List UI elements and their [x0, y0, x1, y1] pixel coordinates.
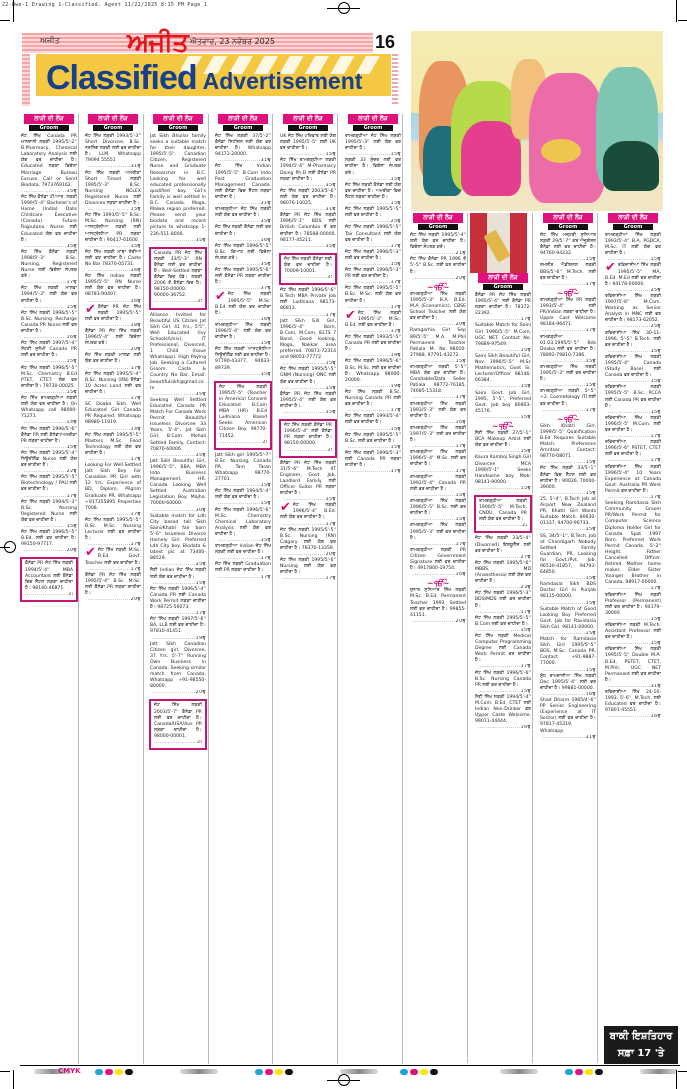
yellow-swatch	[275, 1069, 283, 1075]
classified-ad: ਜੱਟ ਸਿੱਖ ਕੈਨੇਡਾ PR 1996 ਤੋਂ 5'-5'' B.Sc.…	[409, 257, 467, 281]
ad-text: ਰਾਮਗੜ੍ਹੀਆ ਸਿੱਖ ਲੜਕੀ 1995/5'-3'' ਲਈ ਵਰ ਚਾ…	[410, 523, 466, 541]
crop-mark	[13, 0, 14, 22]
classified-ad: ਜੱਟ ਸਿੱਖ ਲੜਕੀ 33/5'-1'' ਕੈਨੇਡਾ ਵਿਚ ਸੈੱਟਲ…	[539, 466, 597, 496]
classified-ad: ਰਾਮਗੜ੍ਹੀਆ ਸਿੱਖ PR ਲੜਕੀ 1993/5'-4'' ਲਈ PR…	[539, 298, 597, 335]
classified-ad: Seeking Ramdasia Sikh Community Groom PR…	[604, 501, 662, 592]
classified-ad: ਜੱਟ ਸਿੱਖ ਲੜਕੀ ਕੈਨੇਡਾ ਲਈ ਯੋਗ ਵਰ ਚਾਹੀਦਾ ਹੈ…	[344, 183, 402, 207]
classified-ad: ਰਵਿਦਾਸੀਆ ਸਿੱਖ ਲੜਕੀ 1995/5'-5'' Double M.…	[604, 647, 662, 690]
classified-ad: ਜੱਟ ਸਿੱਖ ਲੜਕੀ 1995/5'-5'' B.Sc. M.Sc. ਲਈ…	[344, 286, 402, 310]
classified-column: ਲਾੜੀ ਦੀ ਲੋੜGroom Wantedਰਾਮਗੜ੍ਹੀਆ ਸਿੱਖ ਲੜ…	[604, 213, 662, 721]
classified-ad: ਰਾਮਗੜ੍ਹੀਆ ਸਿੱਖ ਲੜਕੀ 1996/5'-5'' B.Sc. ਲਈ…	[409, 499, 467, 523]
category-subheading: Groom Wanted	[548, 224, 588, 230]
ad-text: ਜੱਟ ਸਿੱਖ ਲੜਕੀ B.Sc. Nursing Canada PR ਲਈ…	[345, 390, 401, 408]
ad-code: ......................15ਢ	[85, 244, 141, 250]
classified-ad: ਜੱਟ ਸਿੱਖ ਲੜਕੀ ਅਮਰੀਕਾ Short Timed ਲੜਕੀ 19…	[84, 171, 142, 214]
classified-ad: ਜੱਟ ਸਿੱਖ ਲੜਕੀ 1996/5'-5'' M.Sc. Chemistr…	[20, 366, 78, 396]
more-ads-notice: ਬਾਕੀ ਇਸ਼ਤਿਹਾਰ ਸਫ਼ਾ 17 'ਤੇ	[604, 1026, 678, 1064]
classified-ad: Jatt Sikh Gill Girl, 1996/5'-4'' Born, B…	[279, 319, 337, 368]
crop-mark	[678, 1071, 687, 1072]
classified-ad: ਜੱਟ ਸਿੱਖ ਲੜਕੀ 1996/5'-5'' B.Ed. ਲਈ ਵਰ ਚਾ…	[20, 530, 78, 554]
classified-ad: ✔ਕੈਨੇਡਾ PR ਜੱਟ ਸਿੱਖ ਲੜਕੀ 1995/5'-5'' ਲਈ …	[84, 305, 142, 329]
classified-column: ਲਾੜੀ ਦੀ ਲੋੜGroom Wantedਜੱਟ ਸਿੱਖ ਮਜ਼੍ਹਬੀ …	[539, 213, 597, 741]
checkmark-icon: ✔	[85, 548, 96, 557]
classified-ad: ਸੈਣੀ ਸਿੱਖ ਲੜਕੀ 27/5'-1'' BCA Makeup Arti…	[474, 431, 532, 455]
classified-ad: ਜੱਟ ਸਿੱਖ ਲੜਕੀ 1996/5'-6'' B.Sc. Nursing …	[474, 671, 532, 695]
ad-code: ......................35ਢ	[280, 244, 336, 250]
boxed-classified-ad: ਜੱਟ ਸਿੱਖ ਲੜਕੀ 1995/5'-5'' (Teacher in Am…	[214, 381, 272, 450]
ad-text: ਜੱਟ ਸਿੱਖ ਲੜਕੀ 1996/5'-5'' B.Sc. Nursing.…	[21, 311, 77, 335]
dateline: ਐਤਵਾਰ, 23 ਨਵੰਬਰ 2025	[190, 37, 275, 47]
ad-code: ......................17ਢ	[475, 664, 531, 670]
ad-text: ਜੱਟ ਸਿੱਖ ਲੜਕੀ 1997/5'-6'' BA, LLB ਲਈ ਵਰ …	[150, 617, 206, 635]
ad-code: ......................17ਢ	[215, 575, 271, 581]
classified-ad: ਰਵਿਦਾਸੀਆ ਸਿੱਖ ਲੜਕੀ 1996/5'-4'' 10 Years …	[604, 465, 662, 502]
classified-ad: ਕੈਨੇਡਾ PR ਜੱਟ ਸਿੱਖ ਲੜਕੀ 1996/5'-1'' BDS …	[279, 213, 337, 250]
ad-text: ਜੱਟ ਸਿੱਖ ਲੜਕੀ ਮਾਲਵਾ 1994/5'-3'' ਲਈ ਯੋਗ ਵ…	[21, 286, 77, 304]
column-rule	[208, 114, 209, 1064]
ad-text: ਰਾਮਗੜ੍ਹੀਆ ਲੜਕੀ 1990/5'-5'' M.Tech. CNDU.…	[479, 499, 527, 523]
classified-ad: ਜੱਟ ਸਿੱਖ ਲੜਕੀ 1996/5'-3'' BDS/MDS ਲਈ ਵਰ …	[474, 591, 532, 615]
banner-left-stripe	[22, 54, 30, 106]
ad-code: ......................17ਢ	[280, 313, 336, 319]
masthead: ਅਜੀਤ ਅਜੀਤ ਐਤਵਾਰ, 23 ਨਵੰਬਰ 2025 16 Classi…	[22, 30, 394, 106]
ad-code: ......................17ਢ	[280, 522, 336, 528]
ad-code: ......................35ਢ	[219, 440, 267, 446]
ad-code: ......................15ਢ	[21, 359, 77, 365]
ad-text: ਸ਼ਮਸ਼ੀਰ ਐਡੀਸ਼ਨਲ ਲੜਕੀ BBS/5'-6'' M.Tech. …	[540, 263, 596, 281]
category-heading: ਲਾੜੀ ਦੀ ਲੋੜ	[218, 114, 268, 124]
ad-text: ਕੈਨੇਡਾ PR ਜੱਟ ਸਿੱਖ ਲੜਕੀ 1994/5'-4'' MBA …	[25, 561, 73, 591]
classified-ad: ਜੱਟ ਸਿੱਖ ਲੜਕੀ 1994/5'-4'' ਲਈ ਯੋਗ ਵਰ ਚਾਹੀ…	[214, 489, 272, 507]
classified-ad: ਜੱਟ ਸਿੱਖ ਲੜਕੀ 1995/5'-5'' B.Sc. ਲਈ ਵਰ ਚਾ…	[344, 433, 402, 451]
ad-text: ਜੱਟ ਸਿੱਖ ਲੜਕੀ 1995/5'-4'' B.Sc. Nursing …	[85, 372, 141, 396]
classified-banner: ClassifiedAdvertisement	[36, 54, 391, 96]
ad-text: ਜੱਟ ਸਿੱਖ ਲੜਕੀ 1995/5'-5'' B.Sc. M.Sc. ਲਈ…	[345, 286, 401, 304]
ad-code: ......................19ਢ	[150, 636, 206, 642]
ad-text: ਜੱਟ ਸਿੱਖ ਲੜਕੀ 1993/5'-5'' Canada PR ਲਈ ਵ…	[345, 335, 401, 353]
classified-ad: Jatt Sikh girl 1995/5'-7'' B.Sc. Nursing…	[214, 453, 272, 490]
classified-ad: ਰਾਮਗੜ੍ਹੀਆ ਸਿੱਖ ਲੜਕੀ 1993/5'-3'' ਲਈ ਯੋਗ ਵ…	[409, 402, 467, 426]
ad-code: ......................20ਢ	[85, 597, 141, 603]
ad-code: ......................27ਢ	[475, 555, 531, 561]
ad-text: ਜੱਟ ਸਿੱਖ ਲੜਕੀ 1996/5'-6'' M.Sc. Chemistr…	[215, 508, 271, 538]
ad-code: ......................35ਢ	[150, 392, 206, 398]
crop-mark	[0, 20, 10, 21]
basket	[541, 139, 581, 163]
ad-text: ਜੱਟ ਸਿੱਖ ਲੜਕੀ ਮਾਲਵਾ ਲਈ ਯੋਗ ਵਰ ਚਾਹੀਦਾ ਹੈ।	[85, 353, 141, 365]
ad-code: ......................35ਢ	[21, 244, 77, 250]
classified-ad: ਜੱਟ ਸਿੱਖ ਲੜਕੀ 1993/5'-5'' Canada PR ਲਈ ਵ…	[344, 335, 402, 359]
classified-ad: ਜੱਟ ਸਿੱਖ ਲੜਕੀ 1995/5'-4'' ਲਈ ਯੋਗ ਵਰ ਚਾਹੀ…	[409, 233, 467, 257]
ad-text: ਜੱਟ ਸਿੱਖ ਕੈਨੇਡਾ PR 1996 ਤੋਂ 5'-5'' B.Sc.…	[410, 257, 466, 275]
classified-ad: ਰਾਮਗੜ੍ਹੀਆ ਜੱਟ ਸਿੱਖ ਲੜਕੀ ਲਈ ਯੋਗ ਵਰ ਚਾਹੀਦਾ…	[214, 207, 272, 225]
ad-code: ......................20ਢ	[150, 690, 206, 696]
ad-code: ......................35ਢ	[215, 372, 271, 378]
classified-ad: ਜੱਟ ਸਿੱਖ ਲੜਕੀ ਮਾਲਵਾ 1994/5'-3'' ਲਈ ਯੋਗ ਵ…	[20, 286, 78, 310]
ad-text: Looking For Well Settled Jatt Sikh Boy F…	[85, 463, 141, 512]
ad-text: ਜੱਟ ਸਿੱਖ ਲੜਕੀ 1996/5'-6'' B.Sc. M.Sc. ਲਈ…	[345, 359, 401, 383]
ad-text: ਜੱਟ ਸਿੱਖ ਲੜਕੀ 37/5'-2'' ਕੈਨੇਡਾ ਸਿਟੀਜ਼ਨ ਲ…	[215, 134, 271, 158]
ad-code: ......................16ਢ	[475, 725, 531, 731]
classified-ad: ਸ਼ਮਸ਼ੀਰ ਐਡੀਸ਼ਨਲ ਲੜਕੀ BBS/5'-6'' M.Tech. …	[539, 263, 597, 287]
category-heading: ਲਾੜੀ ਦੀ ਲੋੜ	[543, 213, 593, 223]
checkmark-icon: ✔	[280, 503, 291, 512]
ad-code: ......................15ਢ	[150, 581, 206, 587]
ad-code: ......................17ਢ	[280, 576, 336, 582]
ad-text: ਜੱਟ ਸਿੱਖ ਲੜਕੀ 1997/5'-4'' ਸੋਹਣੀ ਸੁਨੱਖੀ C…	[21, 341, 77, 359]
classified-ad: ਕੈਨੇਡਾ PR ਜੱਟ ਸਿੱਖ ਲੜਕੀ 1995/5'-4'' ਲਈ ਕ…	[474, 293, 532, 323]
ad-text: ਕੈਨੇਡਾ PR ਜੱਟ ਸਿੱਖ ਲੜਕੀ 1996/5'-4'' ਲਈ ਵ…	[85, 329, 141, 347]
ad-text: Kaura Kamboj Singh Girl Divorcee MCA 199…	[475, 455, 531, 485]
ad-code: ......................31ਢ	[85, 164, 141, 170]
ad-code: ......................22ਢ	[479, 523, 527, 529]
category-heading: ਲਾੜੀ ਦੀ ਲੋੜ	[348, 114, 398, 124]
ad-text: ਜੱਟ ਸਿੱਖ ਲੜਕੀ 1995/5'-5'' ਲਈ ਵਰ ਚਾਹੀਦਾ ਹ…	[345, 207, 401, 219]
grey-registration-bar	[180, 1069, 218, 1074]
cmyk-swatches	[565, 1069, 603, 1075]
ad-text: Suitable match for Ldh City based tall S…	[150, 514, 206, 563]
banner-title: ClassifiedAdvertisement	[46, 59, 362, 96]
classified-ad: ਜੱਟ ਸਿੱਖ ਲੜਕੀ 1995/5'-5'' B.Com ਲਈ ਵਰ ਚਾ…	[474, 616, 532, 634]
classified-ad: Saini Govt. Job Girl, 1995, 5'-5'', Pref…	[474, 391, 532, 421]
ad-code: ......................20ਢ	[21, 548, 77, 554]
classified-ad: ਰਵਿਦਾਸੀਆ ਸਿੱਖ ਲੜਕੀ 1995/5'-4'' Canada (S…	[604, 355, 662, 385]
ad-text: ਲੜਕੀ 33 ਸੁੰਦਰ ਲਈ ਵਰ ਚਾਹੀਦਾ ਹੈ। ਵਿਚੋਲਾ ਸੰ…	[345, 158, 401, 176]
classified-ad: Seeking Well Settled Educated Canada PR …	[149, 398, 207, 459]
figure-skirt-dark	[603, 141, 659, 191]
classified-ad: ਜੱਟ ਸਿੱਖ ਲੜਕੀ 1996/5'-6'' B.Sc. M.Sc. ਲਈ…	[344, 359, 402, 389]
ad-text: ਜੱਟ ਸਿੱਖ ਲੜਕੀ 1995/5'-5'' B.Sc. M.Sc. Nu…	[85, 518, 141, 542]
ad-text: ਜੱਟ ਸਿੱਖ ਲੜਕੀ ਕੈਨੇਡਾ PR 1996/5'-4'' ਲਈ ਕ…	[284, 423, 332, 447]
classified-ad: ✔ਜੱਟ ਸਿੱਖ ਲੜਕੀ 1995/5'-3'' M.Sc. B.Ed. ਲ…	[344, 311, 402, 335]
crop-mark	[678, 20, 687, 21]
ad-text: Canada PR ਜੱਟ ਸਿੱਖ ਲੜਕੀ 33/5'-3'' RN ਕੈਨ…	[154, 251, 202, 300]
ad-text: ਰਾਮਗੜ੍ਹੀਆ ਸਿੱਖ ਲੜਕੀ 1995/5'-3'' ਲਈ ਵਰ ਚਾ…	[540, 365, 596, 383]
checkmark-icon: ✔	[85, 305, 96, 314]
boxed-classified-ad: ਜੱਟ ਸਿੱਖ ਲੜਕੀ ਕੈਨੇਡਾ PR 1996/5'-4'' ਲਈ ਕ…	[279, 419, 337, 457]
ad-code: ......................16ਢ	[85, 299, 141, 305]
ad-text: ਜੱਟ ਸਿੱਖ ਕੈਨੇਡਾ ਪੀ.ਆਰ. ਲੜਕੀ 1990/5'-4'' …	[21, 195, 77, 244]
ad-text: ਜੱਟ ਸਿੱਖ ਕੈਨੇਡਾ ਲੜਕੀ 1998/5'-3'' B.Sc. N…	[21, 250, 77, 280]
boxed-classified-ad: ਜੱਟ ਸਿੱਖ ਲੜਕੀ 2003/5'-7'' ਕੈਨੇਡਾ PR ਲਈ ਵ…	[149, 699, 207, 750]
classified-ad: ਜੱਟ ਸਿੱਖ ਕੈਨੇਡਾ ਲੜਕੀ 1998/5'-3'' B.Sc. N…	[20, 250, 78, 287]
ad-text: Seeking Ramdasia Sikh Community Groom PR…	[605, 501, 661, 586]
ad-code: ......................17ਢ	[21, 494, 77, 500]
ad-text: 25, 5'-4'', B.Tech Job at Airport New Ze…	[540, 497, 596, 527]
column-rule	[272, 114, 273, 1064]
print-slug: 22-Wwe-1 Drawing 1-Classified. Agent 11/…	[2, 2, 207, 8]
classified-ad: UK ਜੱਟ ਸਿੱਖ ਪਰਿਵਾਰ ਲਈ ਯੋਗ ਲੜਕੀ 1995/5'-5…	[279, 134, 337, 158]
classified-ad: ਜੱਟ ਸਿੱਖ ਲੜਕੀ 2003/5'-6'' ਲਈ ਯੋਗ ਵਰ ਚਾਹੀ…	[279, 189, 337, 213]
classified-ad: ਜੱਟ ਸਿੱਖ ਲੜਕੀ ਮਾਲਵਾ ਲਈ ਯੋਗ ਵਰ ਚਾਹੀਦਾ ਹੈ।…	[84, 353, 142, 371]
ad-code: ......................35ਢ	[280, 183, 336, 189]
classified-ad: ਰਾਮਗੜ੍ਹੀਆ ਸਿੱਖ ਲੜਕੀ 1996/5'-4'' M.Sc. ਲਈ…	[409, 450, 467, 474]
column-rule	[597, 213, 598, 1063]
classified-column: ਲਾੜੀ ਦੀ ਲੋੜGroom Wantedਰਾਮਗੜ੍ਹੀਆ ਜੱਟ ਸਿੱ…	[344, 114, 402, 475]
ad-code: ......................35ਢ	[150, 238, 206, 244]
ad-code: ......................25ਢ	[605, 324, 661, 330]
column-rule	[78, 114, 79, 1064]
black-swatch	[595, 1069, 603, 1075]
yellow-swatch	[585, 1069, 593, 1075]
ad-text: ਸ਼ੁੱਧ ਰਾਮਦਾਸੀਆ ਸਿੱਖ ਲੜਕੀ Dec 1995/5'-4''…	[540, 674, 596, 692]
more-ads-line1: ਬਾਕੀ ਇਸ਼ਤਿਹਾਰ	[604, 1028, 678, 1045]
classified-ad: ਕੈਨੇਡਾ PR ਜੱਟ ਸਿੱਖ ਲੜਕੀ 1995/5'-4'' ਲਈ ਯ…	[279, 392, 337, 416]
ad-code: ......................16ਢ	[215, 238, 271, 244]
ad-text: ਰਾਮਗੜ੍ਹੀਆ ਲੜਕੀ 1992/5'-4'' Canada PR ਲਈ …	[410, 475, 466, 493]
ad-code: ......................35ਢ	[284, 275, 332, 281]
ad-text: ਰਵਿਦਾਸੀਆ ਸਿੱਖ 30-11-1996, 5'-5'' B.Tech.…	[605, 331, 661, 349]
ad-text: ਜੱਟ ਸਿੱਖ ਲੜਕੀ 1994/5'-3'' B.Sc. Nursing …	[21, 500, 77, 524]
category-heading: ਲਾੜੀ ਦੀ ਲੋੜ	[88, 114, 138, 124]
classified-ad: ਜੱਟ ਸਿੱਖ Indian 1995/5'-5'' B.Com Indo P…	[214, 164, 272, 207]
ad-text: ਜੱਟ ਸਿੱਖ ਲੜਕੀ ਅਮਰੀਕਾ Short Timed ਲੜਕੀ 19…	[85, 171, 141, 208]
ad-text: ਰਾਮਗੜ੍ਹੀਆ ਸਿੱਖ ਲੜਕੀ 1996/5'-4'' M.Sc. ਲਈ…	[410, 450, 466, 468]
ad-text: ਜੱਟ ਸਿੱਖ ਲੜਕੀ 1995/5'-6'' ਲਈ ਕੈਨੇਡਾ PR ਲ…	[215, 268, 271, 286]
classified-ad: 25, 5'-4'', B.Tech Job at Airport New Ze…	[539, 497, 597, 534]
ad-text: ਜੱਟ ਸਿੱਖ ਲੜਕੀ 1995/5'-5'' B.Sc. ਲਈ ਵਰ ਚਾ…	[345, 433, 401, 445]
registration-mark-icon	[338, 2, 350, 14]
classified-column: ਲਾੜੀ ਦੀ ਲੋੜGroom Wantedਜੱਟ ਸਿੱਖ ਲੜਕੀ 199…	[409, 213, 467, 625]
page-number: 16	[373, 32, 397, 53]
ad-code: ......................20ਢ	[154, 740, 202, 746]
classified-ad: ਰਾਮਗੜ੍ਹੀਆ ਸਿੱਖ ਲੜਕੀ 1997/5'-3'' ਲਈ ਵਰ ਚਾ…	[409, 426, 467, 450]
ad-text: Suitable Match of Good Looking Boy Prefe…	[540, 607, 596, 631]
ad-code: ......................35ਢ	[150, 453, 206, 459]
ad-code: ......................15ਢ	[21, 305, 77, 311]
classified-ad: ਰਾਮਗੜ੍ਹੀਆ ਸਿੱਖ ਲੜਕੀ 1993/5'-4'' B.A. PGD…	[604, 233, 662, 263]
classified-ad: ਰਾਮਗੜ੍ਹੀਆ ਸਿੱਖ ਲੜਕੀ 1995/5'-3'' ਲਈ ਵਰ ਚਾ…	[539, 365, 597, 389]
classified-ad: ਜੱਟ ਸਿੱਖ ਲੜਕੀ 1995/5'-6'' MBBS, MD (Anae…	[474, 561, 532, 591]
ad-text: Jatt Sikh Beautiful Girl, 1996/5'-5'', B…	[150, 459, 206, 508]
ad-text: ਜੱਟ ਸਿੱਖ ਲੜਕੀ 1995/5'-6'' Nursing ਲਈ ਯੋਗ…	[280, 558, 336, 576]
ad-code: ......................17ਢ	[85, 366, 141, 372]
classified-ad: SS, 34/5'-1'', B.Tech. Job at Chandigarh…	[539, 534, 597, 583]
ad-text: SS, 34/5'-1'', B.Tech. Job at Chandigarh…	[540, 534, 596, 577]
black-swatch	[430, 1069, 438, 1075]
registration-mark-icon	[4, 541, 16, 553]
classified-column: ਲਾੜੀ ਦੀ ਲੋੜGroom WantedJat Sikh Bhullar …	[149, 114, 207, 753]
ad-text: ਸੁਨਾਰ ਸੁਨਿਆਰ ਸਿੱਖ ਲੜਕੀ M.Sc. B.Ed. Perma…	[410, 588, 466, 618]
ad-code: ......................30ਢ	[150, 508, 206, 514]
ad-text: Match for Ramdasia Sikh Girl 1995/5'-5''…	[540, 637, 596, 667]
ad-code: ......................17ਢ	[605, 458, 661, 464]
classified-ad: ਸੈਣੀ Indian ਜੱਟ ਸਿੱਖ ਲੜਕੀ ਲਈ ਯੋਗ ਵਰ ਚਾਹੀ…	[149, 568, 207, 586]
sikh-emblem-icon: ~ੴ~	[539, 290, 597, 296]
ad-text: ਜੱਟ ਸਿੱਖ ਲੜਕੀ 1996/5'-6'' B.Tech MBA Pri…	[280, 288, 336, 312]
classified-ad: ✔ਜੱਟ ਸਿੱਖ ਲੜਕੀ 1996/5'-4'' B.Ed. ਲਈ ਯੋਗ …	[279, 503, 337, 527]
ad-code: ......................35ਢ	[280, 410, 336, 416]
ad-code: ......................16ਢ	[215, 317, 271, 323]
classified-ad: ਰਾਮਗੜ੍ਹੀਆ ਲੜਕੀ PR Citizen Government Sig…	[409, 548, 467, 578]
ad-code: ......................20ਢ	[410, 619, 466, 625]
ad-text: ਜੱਟ ਸਿੱਖ ਲੜਕੀ 1995/5'-5'' Biotechnology …	[21, 475, 77, 493]
ad-text: ਰਵਿਦਾਸੀਆ ਲੜਕੀ 1996/5'-6'' PSTET, CTET ਲਈ…	[605, 440, 661, 458]
ad-text: ਰਾਮਗੜ੍ਹੀਆ ਸਿੱਖ ਲੜਕੀ 1996/5'-4'' ਲਈ ਯੋਗ ਵ…	[215, 323, 271, 341]
classified-ad: ਜੱਟ ਸਿੱਖ ਲੜਕੀ 1995/5'-5'' GNM (Nursing) …	[279, 367, 337, 391]
classified-column: ਲਾੜੀ ਦੀ ਲੋੜGroom Wantedਜੱਟ ਸਿੱਖ ਲੜਕੀ 37/…	[214, 114, 272, 581]
ad-text: ਜੱਟ ਸਿੱਖ ਲੜਕੀ 1994/5'-4'' ਲਈ ਵਰ ਚਾਹੀਦਾ ਹ…	[345, 414, 401, 426]
classified-ad: ਜੱਟ ਸਿੱਖ ਲੜਕੀ 1996/5'-6'' M.Sc. Chemistr…	[214, 508, 272, 545]
classified-ad: Jatt Sikh Canadian Citizen girl, Divorce…	[149, 642, 207, 697]
ad-code: ......................15ਢ	[345, 427, 401, 433]
banner-word-advertisement: Advertisement	[203, 68, 363, 94]
ad-text: ਜੱਟ ਸਿੱਖ ਲੜਕੀ 1996/5'-5'' B.Ed. ਲਈ ਵਰ ਚਾ…	[21, 530, 77, 548]
ad-text: SC Doaba Sikh Well Educated Girl Canada …	[85, 402, 141, 426]
ad-code: ......................14ਢ	[21, 420, 77, 426]
ad-text: ਰਾਮਗੜ੍ਹੀਆ ਸਿੱਖ ਲੜਕੀ 1995/5'-3'' B.A. B.E…	[410, 292, 466, 322]
column-rule	[467, 213, 468, 1063]
classified-ad: ਜੱਟ ਸਿੱਖ ਲੜਕੀ 1993/5'-3'' Short Divorcee…	[84, 134, 142, 171]
ad-code: ......................14ਢ	[85, 427, 141, 433]
ad-text: ਰਾਮਗੜ੍ਹੀਆ ਸਿੱਖ ਲੜਕੀ 1993/5'-3'' ਲਈ ਯੋਗ ਵ…	[410, 402, 466, 420]
classified-ad: ਜੱਟ ਸਿੱਖ ਲੜਕੀ 33/5'-4'' (Divorced) ਇਸ਼ਯੂ…	[474, 536, 532, 560]
sikh-emblem-icon: ~ੴ~	[409, 580, 467, 586]
ad-code: ......................15ਢ	[540, 668, 596, 674]
classified-ad: ਕੈਨੇਡਾ PR ਜੱਟ ਸਿੱਖ ਲੜਕੀ 1996/5'-4'' ਲਈ ਵ…	[84, 329, 142, 353]
ad-text: ਜੱਟ ਸਿੱਖ ਰਾਮਗੜ੍ਹੀਆ ਲੜਕੀ 1994/5'-4'' M-Ph…	[280, 158, 336, 182]
column-rule	[402, 114, 403, 1064]
classified-ad: ਜੱਟ ਸਿੱਖ 1993/5'-5'' B.Sc. M.Sc. Nursing…	[84, 213, 142, 250]
boxed-classified-ad: ਜੱਟ ਸਿੱਖ ਲੜਕੀ ਕੈਨੇਡਾ ਲਈ ਯੋਗ ਵਰ ਚਾਹੀਦਾ ਹੈ…	[279, 253, 337, 285]
ad-text: ਜੱਟ ਸਿੱਖ ਲੜਕੀ 1995/5'-5'' GNM (Nursing) …	[280, 367, 336, 385]
ad-text: Shad Dharm 1985/4'-6'' PP Senior Enginee…	[540, 698, 596, 735]
checkmark-icon: ✔	[345, 311, 356, 320]
category-subheading: Groom Wanted	[158, 125, 198, 131]
classified-ad: ਸ਼ੁੱਧ ਰਾਮਦਾਸੀਆ ਸਿੱਖ ਲੜਕੀ Dec 1995/5'-4''…	[539, 674, 597, 698]
crop-mark	[0, 1071, 10, 1072]
ad-code: ......................16ਢ	[410, 420, 466, 426]
ad-code: ......................15ਢ	[605, 349, 661, 355]
category-subheading: Groom Wanted	[483, 284, 523, 290]
cmyk-swatches	[400, 1069, 438, 1075]
ad-code: ......................35ਢ	[154, 299, 202, 305]
classified-ad: Suitable Match for Saini Girl 1996/5'-5'…	[474, 323, 532, 353]
ad-code: ......................31ਢ	[540, 735, 596, 741]
ad-text: ਰਵਿਦਾਸੀਆ ਸਿੱਖ ਲੜਕੀ Professor (Permanent)…	[605, 593, 661, 617]
classified-ad: Suitable Match of Good Looking Boy Prefe…	[539, 607, 597, 637]
ad-text: ਰਵਿਦਾਸੀਆ ਲੜਕੀ M.Tech. Assistant Professo…	[605, 623, 661, 641]
category-heading: ਲਾੜੀ ਦੀ ਲੋੜ	[283, 114, 333, 124]
ad-text: ਰਾਮਗੜ੍ਹੀਆ ਸਿੱਖ ਲੜਕੀ 1996/5'-5'' B.Sc. ਲਈ…	[410, 499, 466, 517]
classified-ad: Match for Ramdasia Sikh Girl 1995/5'-5''…	[539, 637, 597, 674]
ad-text: UK ਜੱਟ ਸਿੱਖ ਪਰਿਵਾਰ ਲਈ ਯੋਗ ਲੜਕੀ 1995/5'-5…	[280, 134, 336, 152]
magenta-swatch	[265, 1069, 273, 1075]
classified-ad: ਜੱਟ ਸਿੱਖ ਲੜਕੀ 1996/5'-3'' ਲਈ ਵਰ ਚਾਹੀਦਾ ਹ…	[344, 250, 402, 268]
ad-text: ਸੈਣੀ ਸਿੱਖ ਲੜਕੀ 27/5'-1'' BCA Makeup Arti…	[475, 431, 531, 449]
ad-text: ਜੱਟ ਸਿੱਖ ਲੜਕੀ ਕੈਨੇਡਾ ਲਈ ਯੋਗ ਵਰ ਚਾਹੀਦਾ ਹੈ…	[345, 183, 401, 201]
ad-text: ਕੈਨੇਡਾ PR ਜੱਟ ਸਿੱਖ ਲੜਕੀ 1995/5'-4'' B.Sc…	[85, 573, 141, 597]
classified-ad: ਜੱਟ ਸਿੱਖ ਮਜ਼੍ਹਬੀ ਸੁਨਿਆਰ ਲੜਕੀ 29/5'-7'' ਕ…	[539, 233, 597, 263]
classified-ad: ਰਵਿਦਾਸੀਆ ਲੜਕੀ 1996/5'-6'' PSTET, CTET ਲਈ…	[604, 440, 662, 464]
cmyk-swatches	[95, 1069, 133, 1075]
checkmark-icon: ✔	[215, 292, 226, 301]
classified-ad: ਰਾਮਗੜ੍ਹੀਆ ਸਿੱਖ ਲੜਕੀ 1995/5'-3'' B.A. B.E…	[409, 292, 467, 329]
cmyk-swatches	[255, 1069, 293, 1075]
ad-text: ਰਵਿਦਾਸੀਆ ਸਿੱਖ ਲੜਕੀ 1997/5'-6'' M.Com. Wo…	[605, 294, 661, 324]
classified-ad: ਜੱਟ ਸਿੱਖ ਰਾਮਗੜ੍ਹੀਆ ਲੜਕੀ ਲਈ ਯੋਗ ਵਰ ਚਾਹੀਦਾ…	[20, 396, 78, 426]
ad-code: ......................15ਢ	[540, 527, 596, 533]
illustration-painting	[411, 31, 663, 211]
category-subheading: Groom Wanted	[288, 125, 328, 131]
ad-text: ਜੱਟ ਸਿੱਖ ਲੜਕੀ 33/5'-1'' ਕੈਨੇਡਾ ਵਿਚ ਸੈੱਟਲ…	[540, 466, 596, 490]
classified-ad: ਜੱਟ ਸਿੱਖ ਲੜਕੀ ਮਾਝਾ ਏਰੀਆ ਲਈ ਵਰ ਚਾਹੀਦਾ ਹੈ।…	[84, 250, 142, 274]
classified-ad: Saini Sikh Beautiful Girl, Nov 1996/5'-5…	[474, 354, 532, 391]
classified-ad: ਰਵਿਦਾਸੀਆ ਸਿੱਖ ਲੜਕੀ 1997/5'-6'' M.Com. Wo…	[604, 294, 662, 331]
ad-code: ......................17ਢ	[85, 567, 141, 573]
classified-ad: ਜੱਟ ਸਿੱਖ ਲੜਕੀ 1996/5'-5'' Tax Consultant…	[344, 225, 402, 249]
classified-ad: ਰਾਮਗੜ੍ਹੀਆ ਲੜਕੀ 1992/5'-4'' Canada PR ਲਈ …	[409, 475, 467, 499]
category-heading: ਲਾੜੀ ਦੀ ਲੋੜ	[478, 273, 528, 283]
magenta-swatch	[105, 1069, 113, 1075]
classified-column: ਲਾੜੀ ਦੀ ਲੋੜGroom Wantedਜੱਟ ਸਿੱਖ ਲੜਕੀ 199…	[84, 114, 142, 603]
ad-text: ਜੱਟ ਸਿੱਖ ਲੜਕੀ 1993/5'-3'' Short Divorcee…	[85, 134, 141, 164]
magenta-swatch	[410, 1069, 418, 1075]
classified-ad: ਜੱਟ ਸਿੱਖ ਲੜਕੀ 1994/5'-4'' ਲਈ ਵਰ ਚਾਹੀਦਾ ਹ…	[344, 414, 402, 432]
classified-ad: ਜੱਟ ਸਿੱਖ ਲੜਕੀ 1995/5'-6'' Nursing ਲਈ ਯੋਗ…	[279, 558, 337, 582]
classified-ad: ਜੱਟ ਸਿੱਖ ਲੜਕੀ 1997/5'-4'' ਸੋਹਣੀ ਸੁਨੱਖੀ C…	[20, 341, 78, 365]
paper-name-small: ਅਜੀਤ	[40, 36, 60, 46]
classified-ad: Shad Dharm 1985/4'-6'' PP Senior Enginee…	[539, 698, 597, 741]
ad-text: ਰਾਮਗੜ੍ਹੀਆ ਸਿੱਖ ਲੜਕੀ 1993/5'-4'' B.A. PGD…	[605, 233, 661, 257]
ad-text: Seeking Well Settled Educated Canada PR …	[150, 398, 206, 453]
ad-text: ਰਵਿਦਾਸੀਆ ਸਿੱਖ ਲੜਕੀ 1996/5'-5'' M.Com. ਲਈ…	[605, 416, 661, 434]
magenta-swatch	[575, 1069, 583, 1075]
ad-code: ......................16ਢ	[605, 714, 661, 720]
classified-ad: ਰਵਿਦਾਸੀਆ ਸਿੱਖ 30-11-1996, 5'-5'' B.Tech.…	[604, 331, 662, 355]
classified-ad: Ramdasia Sikh BDS Doctor Girl in Punjab …	[539, 582, 597, 606]
photo-wedding-hands	[470, 213, 527, 273]
ad-code: ......................15ਢ	[475, 384, 531, 390]
ad-code: ......................17ਢ	[410, 469, 466, 475]
ad-text: ਰਵਿਦਾਸੀਆ ਸਿੱਖ 24-10-1993, 5'-6'', M.Tech…	[605, 690, 661, 714]
black-swatch	[125, 1069, 133, 1075]
ad-text: ਕੈਨੇਡਾ PR ਜੱਟ ਸਿੱਖ ਲੜਕੀ 1995/5'-4'' ਲਈ ਯ…	[280, 392, 336, 410]
ad-code: ......................17ਢ	[540, 282, 596, 288]
classified-ad: ਜੱਟ ਸਿੱਖ ਲੜਕੀ Medical Computer Programmi…	[474, 634, 532, 671]
classified-ad: ✔ਜੱਟ ਸਿੱਖ ਲੜਕੀ M.Sc. B.Ed. Govt. Teacher…	[84, 548, 142, 572]
banner-word-classified: Classified	[46, 59, 197, 96]
ad-text: ਰਵਿਦਾਸੀਆ ਸਿੱਖ ਲੜਕੀ 1995/5'-5'' Double M.…	[605, 647, 661, 684]
classified-ad: ਜੱਟ ਸਿੱਖ ਲੜਕੀ ਆਸਟ੍ਰੇਲੀਆ ਨਿਊਜ਼ੀਲੈਂਡ ਲਈ ਵਰ…	[214, 347, 272, 377]
ad-code: ......................15ਢ	[21, 445, 77, 451]
classified-ad: ਜੱਟ ਸਿੱਖ ਲੜਕੀ 1996/5'-5'' B.Sc. ਵਿਆਹ ਲਈ …	[214, 244, 272, 268]
classified-ad: ਰਾਮਗੜ੍ਹੀਆ ਸਿੱਖ ਲੜਕੀ 1996/5'-4'' ਲਈ ਯੋਗ ਵ…	[214, 323, 272, 347]
classified-ad: ਜੱਟ ਸਿੱਖ ਲੜਕੀ 1995/5'-5'' B.Sc. M.Sc. Nu…	[84, 518, 142, 548]
ad-text: ਰਾਮਗੜ੍ਹੀਆ ਲੜਕੀ PR Citizen Government Sig…	[410, 548, 466, 572]
classified-ad: ਸੈਣੀ ਸਿੱਖ ਲੜਕੀ 1994/5'-4'' M.Com. B.Ed. …	[474, 695, 532, 732]
bottom-rule	[20, 1065, 680, 1066]
ad-text: ਰਾਮਗੜ੍ਹੀਆ Indian ਜੱਟ ਸਿੱਖ ਲੜਕੀ ਲਈ ਵਰ ਚਾਹ…	[215, 544, 271, 556]
classified-ad: ਰਾਮਗੜ੍ਹੀਆ 01.03.1995/5'-5'' Bds Doaba ਲਈ…	[539, 335, 597, 365]
ad-text: ਜੱਟ ਸਿੱਖ ਲੜਕੀ ਕੈਨੇਡਾ ਲਈ ਵਰ ਚਾਹੀਦਾ ਹੈ।	[215, 225, 271, 237]
registration-mark-icon	[338, 1074, 350, 1086]
classified-ad: ਲੜਕੀ 33 ਸੁੰਦਰ ਲਈ ਵਰ ਚਾਹੀਦਾ ਹੈ। ਵਿਚੋਲਾ ਸੰ…	[344, 158, 402, 182]
category-subheading: Groom Wanted	[29, 125, 69, 131]
ad-text: ਰਵਿਦਾਸੀਆ ਸਿੱਖ ਲੜਕੀ 1996/5'-4'' 10 Years …	[605, 465, 661, 495]
classified-ad: ਜੱਟ ਸਿੱਖ ਲੜਕੀ 1995/5'-6'' ਲਈ ਕੈਨੇਡਾ PR ਲ…	[214, 268, 272, 292]
crop-mark	[676, 0, 677, 22]
ad-text: ਜੱਟ ਸਿੱਖ ਲੜਕੀ Medical Computer Programmi…	[475, 634, 531, 664]
ad-text: ਕੈਨੇਡਾ PR ਜੱਟ ਸਿੱਖ ਲੜਕੀ 31/5'-6'' M.Tech…	[280, 461, 336, 498]
ad-text: ਜੱਟ ਸਿੱਖ ਲੜਕੀ 1996/5'-3'' ਲਈ ਵਰ ਚਾਹੀਦਾ ਹ…	[345, 250, 401, 262]
more-ads-line2: ਸਫ਼ਾ 17 'ਤੇ	[604, 1045, 678, 1062]
ad-text: ਜੱਟ ਸਿੱਖ ਲੜਕੀ ਮਾਝਾ ਏਰੀਆ ਲਈ ਵਰ ਚਾਹੀਦਾ ਹੈ।…	[85, 250, 141, 268]
ad-text: Saini Govt. Job Girl, 1995, 5'-5'', Pref…	[475, 391, 531, 415]
ad-code: ......................15ਢ	[345, 177, 401, 183]
classified-ad: ਰਵਿਦਾਸੀਆ ਸਿੱਖ 24-10-1993, 5'-6'', M.Tech…	[604, 690, 662, 720]
ad-text: ਜੱਟ ਸਿੱਖ ਲੜਕੀ 1996/5'-5'' M.Sc. Chemistr…	[21, 366, 77, 390]
